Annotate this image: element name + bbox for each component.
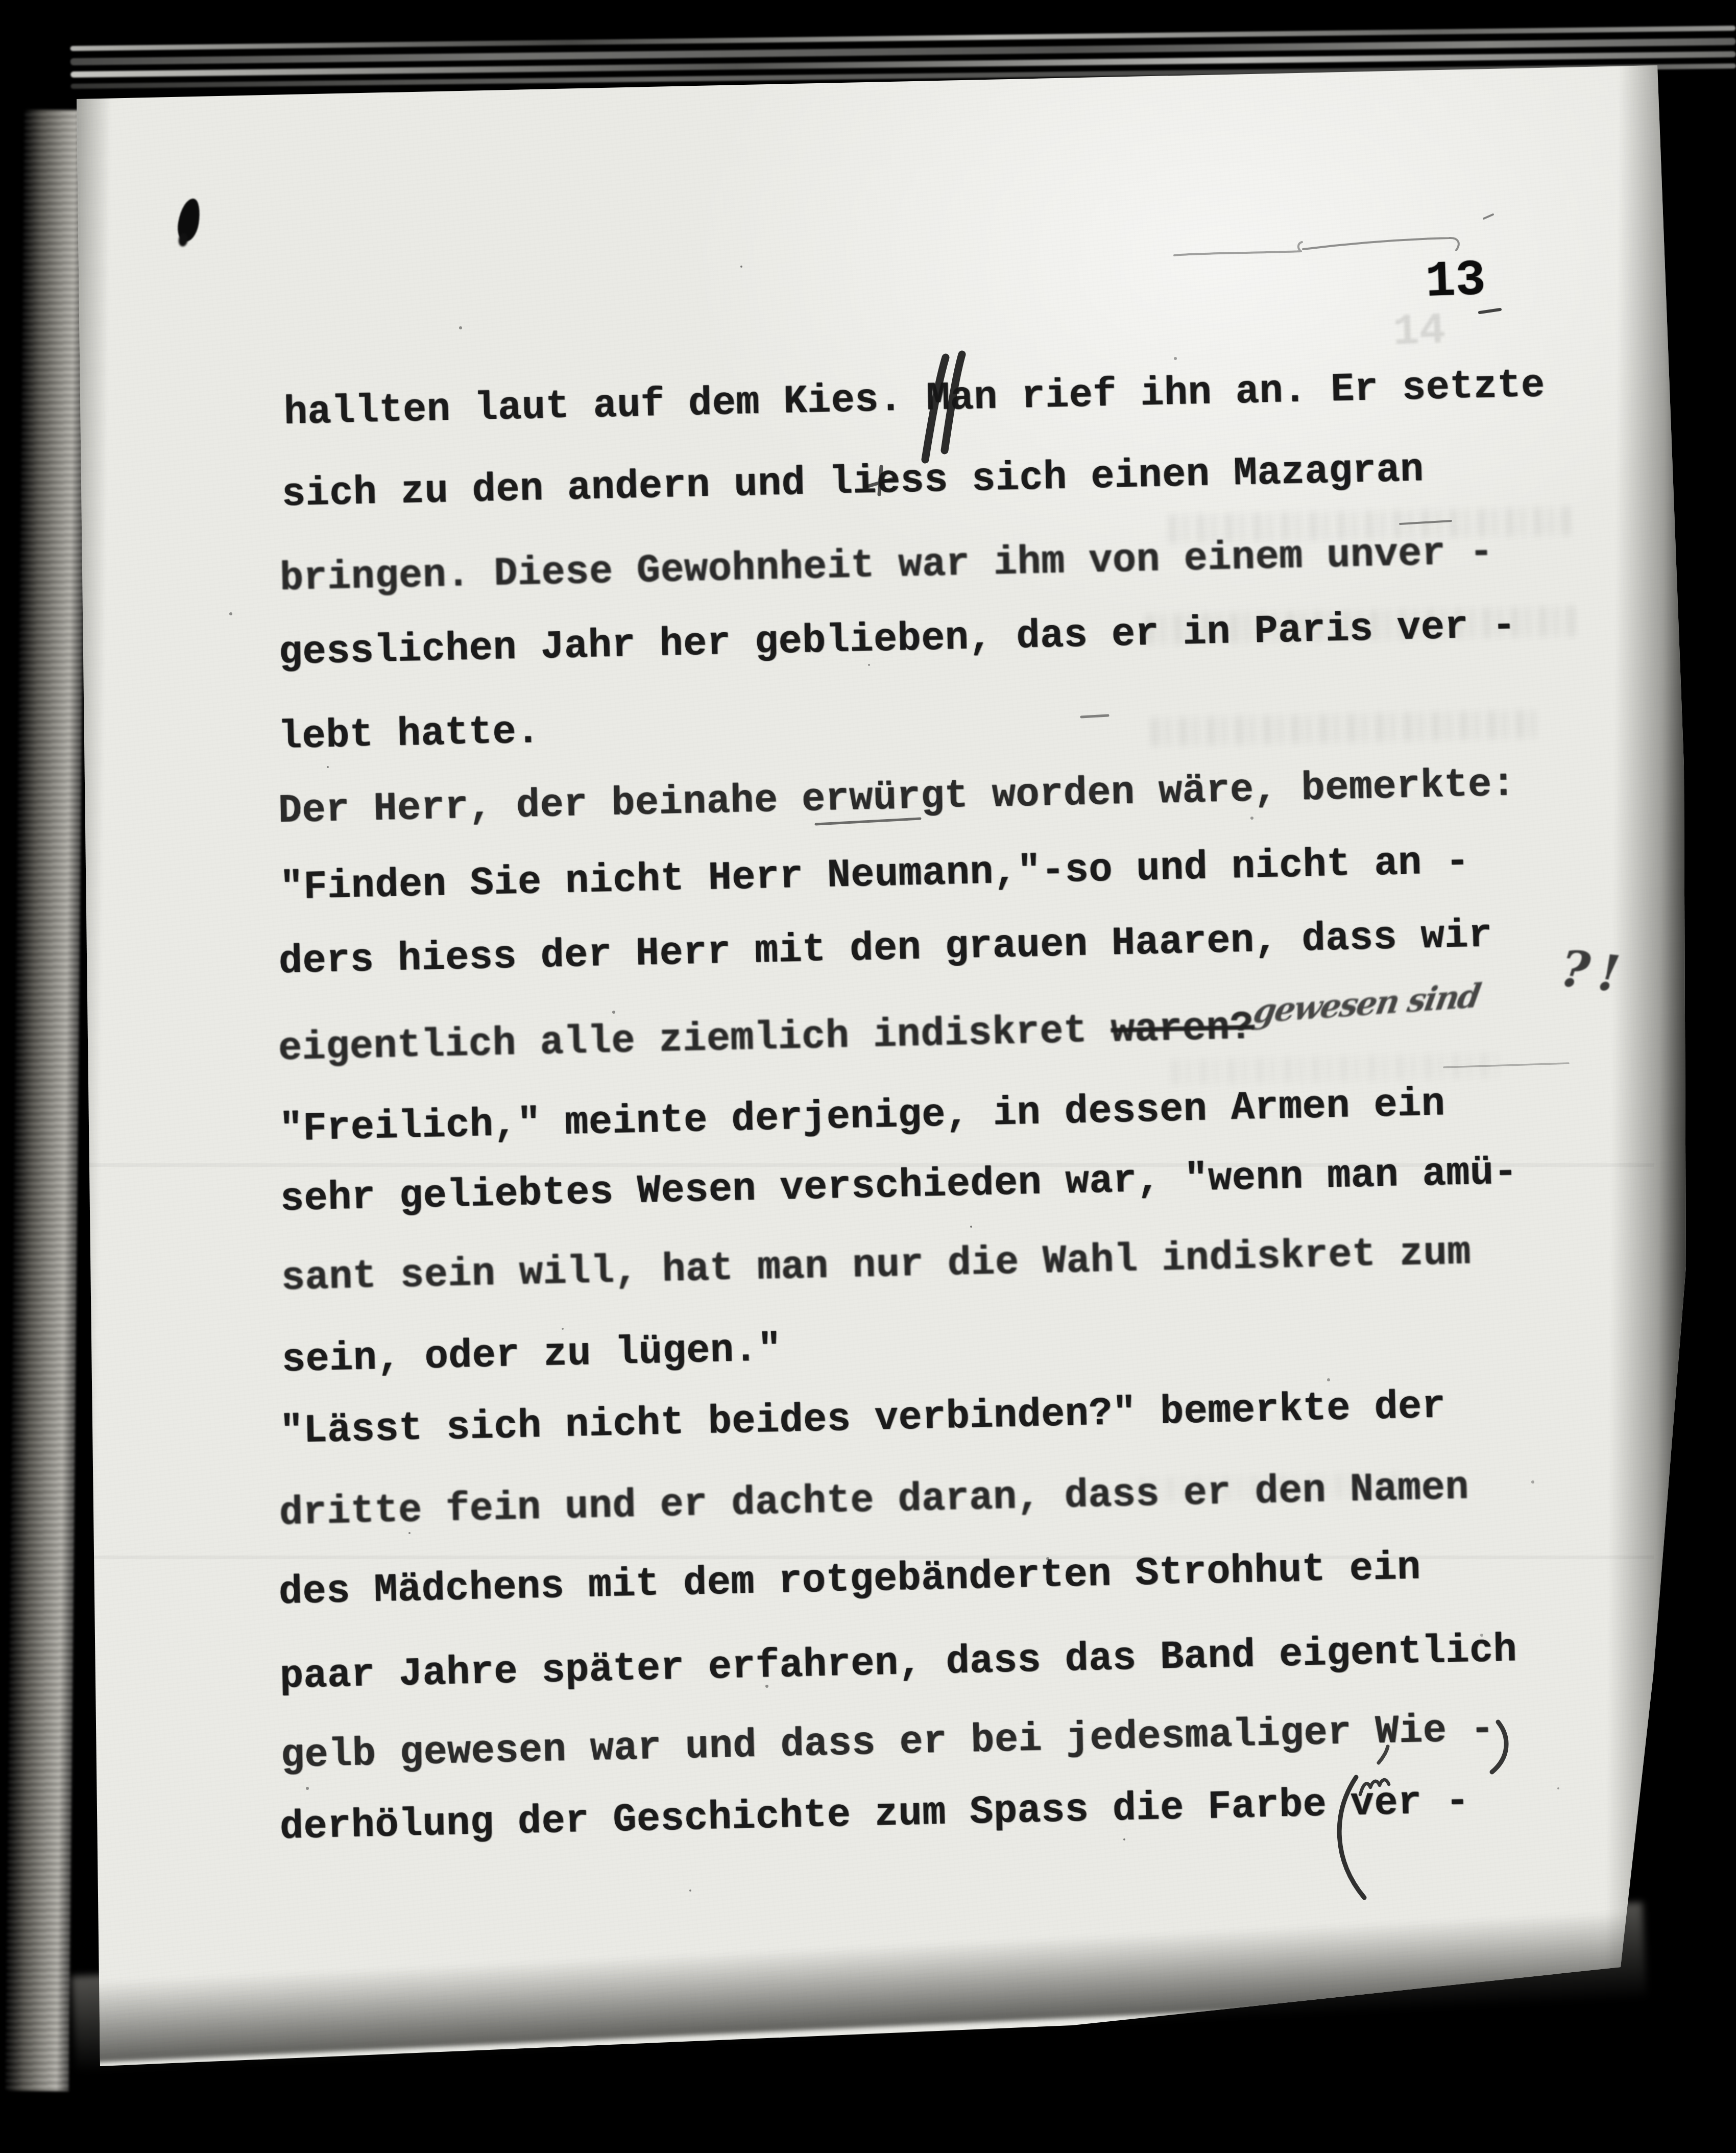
typescript-line: sich zu den andern und liess sich einen …	[281, 446, 1425, 520]
typescript-line: Der Herr, der beinahe erwürgt worden wär…	[278, 760, 1516, 836]
typescript-line: gelb gewesen war und dass er bei jedesma…	[280, 1706, 1495, 1781]
page-stack-left-edge	[6, 109, 88, 2091]
faint-stroke-above-13-right	[1303, 238, 1459, 250]
typescript-line: "Finden Sie nicht Herr Neumann,"-so und …	[279, 838, 1470, 913]
handwritten-correction: gewesen sind	[1250, 976, 1483, 1031]
typescript-line: bringen. Diese Gewohnheit war ihm von ei…	[279, 529, 1494, 604]
typescript-line: paar Jahre später erfahren, dass das Ban…	[279, 1626, 1517, 1702]
bleed-through-text	[1151, 710, 1539, 747]
typescript-line: gesslichen Jahr her geblieben, das er in…	[278, 602, 1516, 678]
struck-word: waren?	[1111, 1006, 1254, 1053]
typescript-line: dritte fein und er dachte daran, dass er…	[279, 1464, 1469, 1539]
dash-das-er	[1081, 715, 1108, 717]
typescript-line: "Freilich," meinte derjenige, in dessen …	[279, 1080, 1445, 1155]
scanned-page-canvas: 13 14 hallten laut auf dem Kies. Man rie…	[0, 0, 1736, 2153]
page-edge-shadow-bottom	[77, 1910, 1651, 2063]
typescript-text: eigentlich alle ziemlich indiskret	[278, 1009, 1112, 1071]
typescript-line: hallten laut auf dem Kies. Man rief ihn …	[283, 362, 1546, 438]
typescript-line: sein, oder zu lügen."	[281, 1326, 782, 1385]
underscore-after-13	[1480, 309, 1500, 313]
tiny-mark-above-13	[1484, 214, 1493, 219]
typescript-line: ders hiess der Herr mit den grauen Haare…	[278, 912, 1493, 987]
manuscript-page: 13 14 hallten laut auf dem Kies. Man rie…	[0, 0, 1736, 2153]
typescript-line: lebt hatte.	[278, 708, 541, 762]
typescript-line: "Lässt sich nicht beides verbinden?" bem…	[279, 1382, 1446, 1457]
faint-stroke-above-13-left	[1174, 242, 1302, 255]
page-edge-shadow-right	[1605, 45, 1705, 2007]
ink-blot	[176, 197, 203, 243]
typescript-line: derhölung der Geschichte zum Spass die F…	[279, 1778, 1470, 1853]
bleed-through-text	[1172, 1052, 1499, 1085]
page-number: 13	[1425, 252, 1486, 311]
typescript-line: sant sein will, hat man nur die Wahl ind…	[281, 1229, 1472, 1304]
typescript-line: des Mädchens mit dem rotgebänderten Stro…	[278, 1544, 1421, 1618]
ghost-page-number: 14	[1392, 305, 1446, 357]
handwritten-question-exclamation: ?!	[1557, 939, 1631, 1004]
typescript-line: eigentlich alle ziemlich indiskret waren…	[278, 1003, 1255, 1074]
paper-speckles	[0, 0, 2, 2]
typescript-line: sehr geliebtes Wesen verschieden war, "w…	[280, 1149, 1518, 1225]
